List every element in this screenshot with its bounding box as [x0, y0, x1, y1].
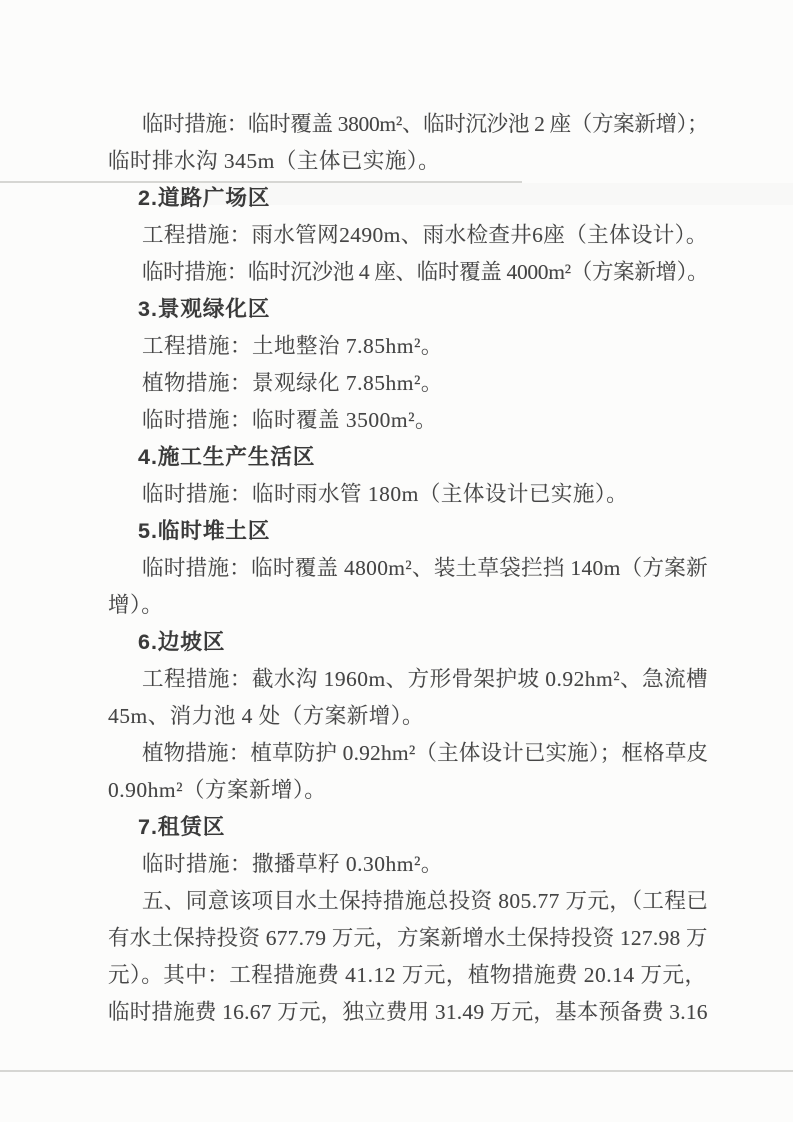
text-line: 临时措施：临时沉沙池 4 座、临时覆盖 4000m²（方案新增）。: [108, 254, 708, 291]
scanned-document-page: 临时措施：临时覆盖 3800m²、临时沉沙池 2 座（方案新增）；临时排水沟 3…: [0, 0, 793, 1122]
text-line: 有水土保持投资 677.79 万元，方案新增水土保持投资 127.98 万: [108, 920, 708, 957]
scan-artifact-line-bottom: [0, 1070, 793, 1072]
text-line: 元）。其中：工程措施费 41.12 万元，植物措施费 20.14 万元，: [108, 957, 708, 994]
text-line: 0.90hm²（方案新增）。: [108, 772, 708, 809]
text-line: 工程措施：土地整治 7.85hm²。: [108, 328, 708, 365]
section-heading: 4.施工生产生活区: [108, 439, 708, 476]
text-line: 临时措施：临时覆盖 3800m²、临时沉沙池 2 座（方案新增）；: [108, 106, 708, 143]
text-line: 工程措施：截水沟 1960m、方形骨架护坡 0.92hm²、急流槽: [108, 661, 708, 698]
text-line: 增）。: [108, 587, 708, 624]
section-heading: 3.景观绿化区: [108, 291, 708, 328]
text-line: 植物措施：植草防护 0.92hm²（主体设计已实施）；框格草皮: [108, 735, 708, 772]
section-heading: 7.租赁区: [108, 809, 708, 846]
text-line: 临时措施：撒播草籽 0.30hm²。: [108, 846, 708, 883]
text-line: 临时措施：临时覆盖 4800m²、装土草袋拦挡 140m（方案新: [108, 550, 708, 587]
text-line: 植物措施：景观绿化 7.85hm²。: [108, 365, 708, 402]
text-line: 45m、消力池 4 处（方案新增）。: [108, 698, 708, 735]
section-heading: 2.道路广场区: [108, 180, 708, 217]
text-line: 临时措施：临时雨水管 180m（主体设计已实施）。: [108, 476, 708, 513]
section-heading: 6.边坡区: [108, 624, 708, 661]
text-line: 临时措施费 16.67 万元，独立费用 31.49 万元，基本预备费 3.16: [108, 994, 708, 1031]
text-line: 五、同意该项目水土保持措施总投资 805.77 万元，（工程已: [108, 883, 708, 920]
text-line: 临时排水沟 345m（主体已实施）。: [108, 143, 708, 180]
document-body: 临时措施：临时覆盖 3800m²、临时沉沙池 2 座（方案新增）；临时排水沟 3…: [108, 106, 708, 1031]
text-line: 工程措施：雨水管网2490m、雨水检查井6座（主体设计）。: [108, 217, 708, 254]
text-line: 临时措施：临时覆盖 3500m²。: [108, 402, 708, 439]
section-heading: 5.临时堆土区: [108, 513, 708, 550]
